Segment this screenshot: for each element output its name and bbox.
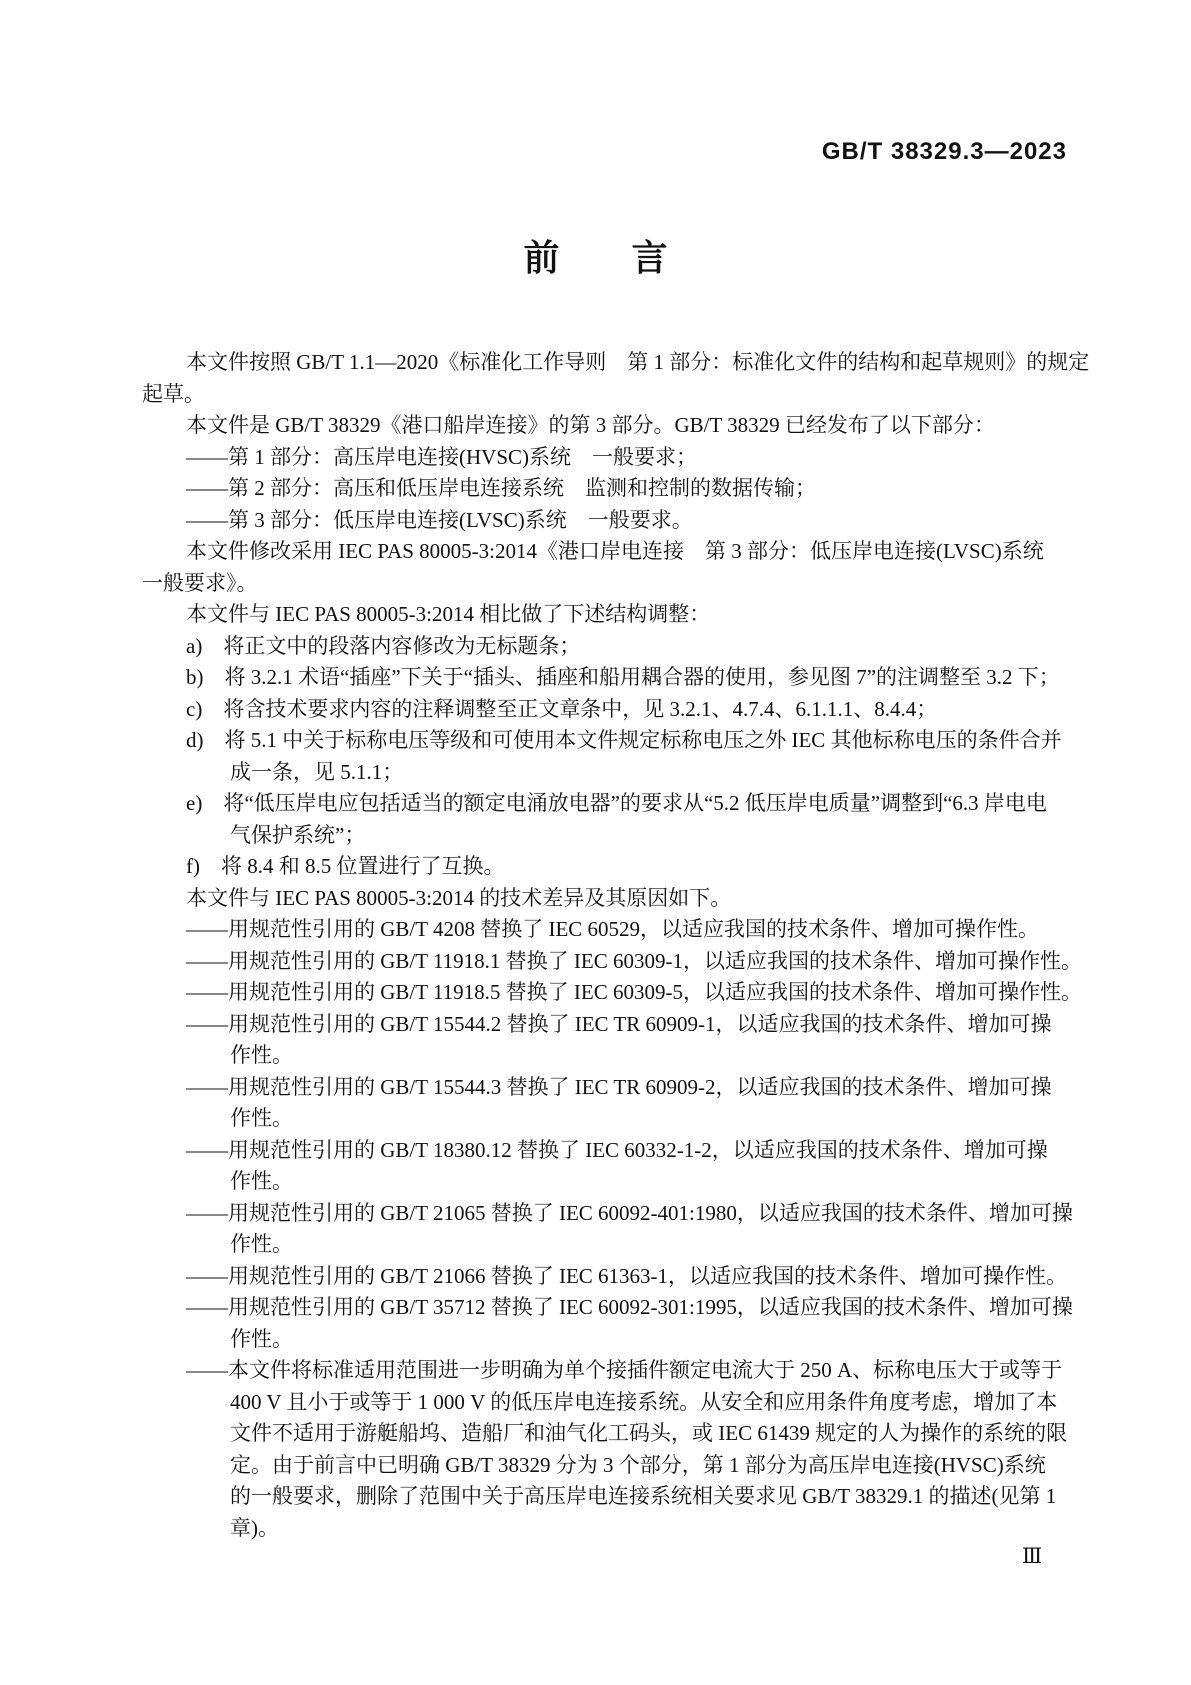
foreword-line: 400 V 且小于或等于 1 000 V 的低压岸电连接系统。从安全和应用条件角… (142, 1387, 1065, 1419)
foreword-body: 本文件按照 GB/T 1.1—2020《标准化工作导则 第 1 部分：标准化文件… (142, 347, 1065, 1544)
foreword-line: ——用规范性引用的 GB/T 21066 替换了 IEC 61363-1，以适应… (142, 1261, 1065, 1293)
foreword-line: 作性。 (142, 1040, 1065, 1072)
standard-number: GB/T 38329.3—2023 (822, 138, 1067, 166)
foreword-line: 本文件与 IEC PAS 80005-3:2014 的技术差异及其原因如下。 (142, 883, 1065, 915)
foreword-line: 起草。 (142, 379, 1065, 411)
foreword-line: ——第 1 部分：高压岸电连接(HVSC)系统 一般要求； (142, 442, 1065, 474)
foreword-line: 的一般要求，删除了范围中关于高压岸电连接系统相关要求见 GB/T 38329.1… (142, 1481, 1065, 1513)
foreword-line: ——第 3 部分：低压岸电连接(LVSC)系统 一般要求。 (142, 505, 1065, 537)
foreword-line: ——用规范性引用的 GB/T 15544.2 替换了 IEC TR 60909-… (142, 1009, 1065, 1041)
foreword-line: ——用规范性引用的 GB/T 21065 替换了 IEC 60092-401:1… (142, 1198, 1065, 1230)
document-page: GB/T 38329.3—2023 前 言 本文件按照 GB/T 1.1—202… (0, 0, 1191, 1685)
foreword-line: ——用规范性引用的 GB/T 18380.12 替换了 IEC 60332-1-… (142, 1135, 1065, 1167)
foreword-line: a) 将正文中的段落内容修改为无标题条； (142, 631, 1065, 663)
foreword-line: 定。由于前言中已明确 GB/T 38329 分为 3 个部分，第 1 部分为高压… (142, 1450, 1065, 1482)
foreword-line: 本文件与 IEC PAS 80005-3:2014 相比做了下述结构调整： (142, 599, 1065, 631)
foreword-line: f) 将 8.4 和 8.5 位置进行了互换。 (142, 851, 1065, 883)
foreword-line: 作性。 (142, 1103, 1065, 1135)
foreword-line: 成一条，见 5.1.1； (142, 757, 1065, 789)
foreword-line: ——用规范性引用的 GB/T 15544.3 替换了 IEC TR 60909-… (142, 1072, 1065, 1104)
foreword-line: c) 将含技术要求内容的注释调整至正文章条中，见 3.2.1、4.7.4、6.1… (142, 694, 1065, 726)
foreword-line: 文件不适用于游艇船坞、造船厂和油气化工码头，或 IEC 61439 规定的人为操… (142, 1418, 1065, 1450)
foreword-line: ——用规范性引用的 GB/T 35712 替换了 IEC 60092-301:1… (142, 1292, 1065, 1324)
page-title: 前 言 (0, 230, 1191, 281)
foreword-line: ——第 2 部分：高压和低压岸电连接系统 监测和控制的数据传输； (142, 473, 1065, 505)
foreword-line: 一般要求》。 (142, 568, 1065, 600)
foreword-line: d) 将 5.1 中关于标称电压等级和可使用本文件规定标称电压之外 IEC 其他… (142, 725, 1065, 757)
foreword-line: 作性。 (142, 1229, 1065, 1261)
foreword-line: b) 将 3.2.1 术语“插座”下关于“插头、插座和船用耦合器的使用，参见图 … (142, 662, 1065, 694)
foreword-line: 作性。 (142, 1166, 1065, 1198)
foreword-line: ——用规范性引用的 GB/T 11918.1 替换了 IEC 60309-1，以… (142, 946, 1065, 978)
foreword-line: 本文件按照 GB/T 1.1—2020《标准化工作导则 第 1 部分：标准化文件… (142, 347, 1065, 379)
page-number: Ⅲ (1022, 1544, 1042, 1568)
foreword-line: 章)。 (142, 1513, 1065, 1545)
foreword-line: 本文件是 GB/T 38329《港口船岸连接》的第 3 部分。GB/T 3832… (142, 410, 1065, 442)
foreword-line: ——用规范性引用的 GB/T 4208 替换了 IEC 60529，以适应我国的… (142, 914, 1065, 946)
foreword-line: 气保护系统”； (142, 820, 1065, 852)
foreword-line: e) 将“低压岸电应包括适当的额定电涌放电器”的要求从“5.2 低压岸电质量”调… (142, 788, 1065, 820)
foreword-line: 作性。 (142, 1324, 1065, 1356)
foreword-line: ——用规范性引用的 GB/T 11918.5 替换了 IEC 60309-5，以… (142, 977, 1065, 1009)
foreword-line: 本文件修改采用 IEC PAS 80005-3:2014《港口岸电连接 第 3 … (142, 536, 1065, 568)
foreword-line: ——本文件将标准适用范围进一步明确为单个接插件额定电流大于 250 A、标称电压… (142, 1355, 1065, 1387)
